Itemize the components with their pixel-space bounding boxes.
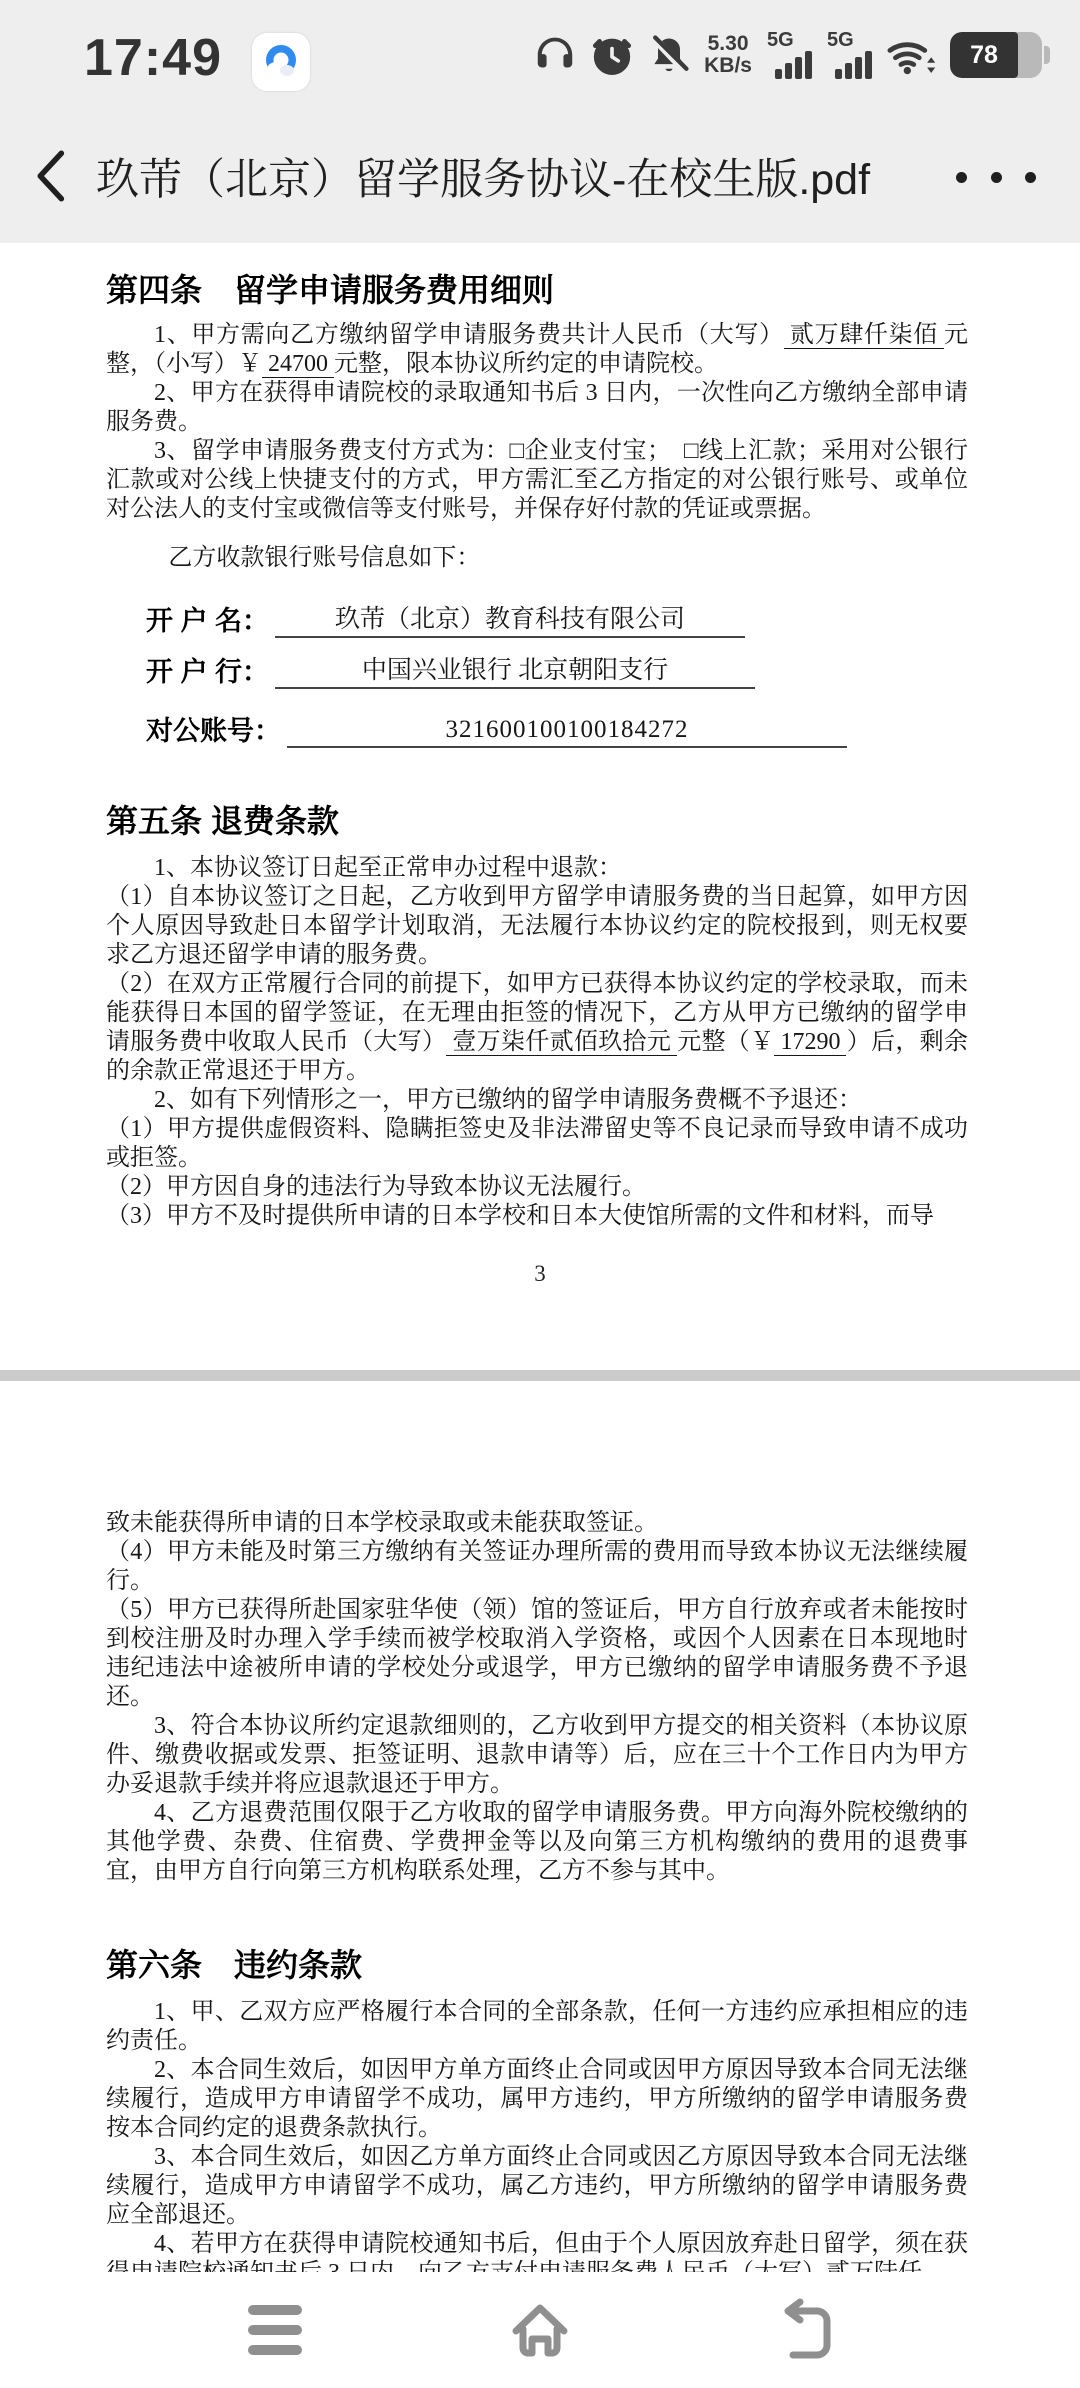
section4-heading: 第四条 留学申请服务费用细则 <box>106 269 968 311</box>
refund-clause-1: 1、本协议签订日起至正常申办过程中退款： <box>106 854 968 883</box>
refund-clause-2-5: （5）甲方已获得所赴国家驻华使（领）馆的签证后，甲方自行放弃或者未能按时到校注册… <box>106 1596 968 1712</box>
pdf-page-4[interactable]: 致未能获得所申请的日本学校录取或未能获取签证。 （4）甲方未能及时第三方缴纳有关… <box>0 1381 1080 2272</box>
phone-screen: 17:49 <box>0 0 1080 2388</box>
alarm-clock-icon <box>590 33 634 77</box>
refund-clause-2: 2、如有下列情形之一，甲方已缴纳的留学申请服务费概不予退还： <box>106 1086 968 1115</box>
breach-clause-4-partial: 4、若甲方在获得申请院校通知书后，但由于个人原因放弃赴日留学，须在获得申请院校通… <box>106 2230 968 2272</box>
browser-app-icon <box>252 33 310 91</box>
bank-info-block: 开 户 名： 玖芾（北京）教育科技有限公司 开 户 行： 中国兴业银行 北京朝阳… <box>146 603 968 748</box>
bank-account-number-label: 对公账号： <box>146 714 281 748</box>
back-button[interactable] <box>22 146 78 206</box>
sim1-signal-icon: 5G <box>765 31 812 79</box>
status-icons: 5.30 KB/s 5G 5G <box>533 0 1050 110</box>
dot-icon <box>1025 172 1036 183</box>
notifications-muted-icon <box>647 33 691 77</box>
clause-4-2: 2、甲方在获得申请院校的录取通知书后 3 日内，一次性向乙方缴纳全部申请服务费。 <box>106 379 968 437</box>
refund-amount-digits-underlined: 17290 <box>774 1029 846 1056</box>
clause-4-1: 1、甲方需向乙方缴纳留学申请服务费共计人民币（大写）贰万肆仟柒佰元整，（小写）￥… <box>106 321 968 379</box>
bank-account-name-value: 玖芾（北京）教育科技有限公司 <box>275 603 745 638</box>
more-menu-button[interactable] <box>956 160 1036 194</box>
breach-clause-2: 2、本合同生效后，如因甲方单方面终止合同或因甲方原因导致本合同无法继续履行，造成… <box>106 2056 968 2143</box>
sim2-signal-icon: 5G <box>825 31 872 79</box>
bank-branch-row: 开 户 行： 中国兴业银行 北京朝阳支行 <box>146 654 968 689</box>
home-button[interactable] <box>505 2295 575 2365</box>
bank-account-name-row: 开 户 名： 玖芾（北京）教育科技有限公司 <box>146 603 968 638</box>
sim2-network-type: 5G <box>827 31 854 49</box>
back-nav-button[interactable] <box>770 2295 840 2365</box>
qq-browser-logo-icon <box>258 39 304 85</box>
refund-amount-words-underlined: 壹万柒仟贰佰玖拾元 <box>446 1029 677 1056</box>
page-number: 3 <box>0 1261 1080 1287</box>
network-speed-value: 5.30 <box>704 33 752 55</box>
wifi-icon <box>885 33 937 77</box>
refund-clause-2-3: （3）甲方不及时提供所申请的日本学校和日本大使馆所需的文件和材料，而导 <box>106 1202 968 1231</box>
return-arrow-icon <box>773 2298 837 2362</box>
clock-time: 17:49 <box>84 28 222 88</box>
refund-clause-2-4: （4）甲方未能及时第三方缴纳有关签证办理所需的费用而导致本协议无法继续履行。 <box>106 1538 968 1596</box>
clause-4-3: 3、留学申请服务费支付方式为：□企业支付宝； □线上汇款；采用对公银行汇款或对公… <box>106 437 968 524</box>
navigation-bar <box>0 2272 1080 2388</box>
refund-clause-2-3-continued: 致未能获得所申请的日本学校录取或未能获取签证。 <box>106 1509 968 1538</box>
breach-clause-3: 3、本合同生效后，如因乙方单方面终止合同或因乙方原因导致本合同无法继续履行，造成… <box>106 2143 968 2230</box>
back-chevron-icon <box>33 150 67 202</box>
breach-clause-1: 1、甲、乙双方应严格履行本合同的全部条款，任何一方违约应承担相应的违约责任。 <box>106 1998 968 2056</box>
sim1-network-type: 5G <box>767 31 794 49</box>
battery-percent: 78 <box>970 41 998 70</box>
recents-menu-button[interactable] <box>240 2295 310 2365</box>
amount-words-underlined: 贰万肆仟柒佰 <box>784 322 944 349</box>
amount-digits-underlined: 24700 <box>262 351 334 378</box>
sim2-signal-bars-icon <box>835 51 872 79</box>
status-bar: 17:49 <box>0 0 1080 110</box>
section5-heading: 第五条 退费条款 <box>106 800 968 842</box>
refund-clause-2-2: （2）甲方因自身的违法行为导致本协议无法履行。 <box>106 1173 968 1202</box>
refund-clause-3: 3、符合本协议所约定退款细则的，乙方收到甲方提交的相关资料（本协议原件、缴费收据… <box>106 1712 968 1799</box>
dot-icon <box>991 172 1002 183</box>
battery-icon: 78 <box>950 32 1050 78</box>
document-title: 玖芾（北京）留学服务协议-在校生版.pdf <box>96 110 870 243</box>
network-speed: 5.30 KB/s <box>704 33 752 77</box>
home-icon <box>508 2298 572 2362</box>
pdf-page-3[interactable]: 第四条 留学申请服务费用细则 1、甲方需向乙方缴纳留学申请服务费共计人民币（大写… <box>0 243 1080 1370</box>
title-bar: 玖芾（北京）留学服务协议-在校生版.pdf <box>0 110 1080 243</box>
refund-clause-2-1: （1）甲方提供虚假资料、隐瞒拒签史及非法滞留史等不良记录而导致申请不成功或拒签。 <box>106 1115 968 1173</box>
bank-branch-label: 开 户 行： <box>146 655 269 689</box>
bank-branch-value: 中国兴业银行 北京朝阳支行 <box>275 654 755 689</box>
section6-heading: 第六条 违约条款 <box>106 1944 968 1986</box>
headphones-icon <box>533 33 577 77</box>
refund-clause-4: 4、乙方退费范围仅限于乙方收取的留学申请服务费。甲方向海外院校缴纳的其他学费、杂… <box>106 1799 968 1886</box>
bank-account-name-label: 开 户 名： <box>146 604 269 638</box>
bank-info-intro: 乙方收款银行账号信息如下： <box>106 544 968 573</box>
refund-clause-1-1: （1）自本协议签订之日起，乙方收到甲方留学申请服务费的当日起算，如甲方因个人原因… <box>106 883 968 970</box>
refund-clause-1-2: （2）在双方正常履行合同的前提下，如甲方已获得本协议约定的学校录取，而未能获得日… <box>106 970 968 1086</box>
menu-icon <box>248 2305 302 2355</box>
bank-account-number-row: 对公账号： 321600100100184272 <box>146 713 968 748</box>
network-speed-unit: KB/s <box>704 55 752 77</box>
dot-icon <box>956 172 967 183</box>
page-divider <box>0 1370 1080 1381</box>
bank-account-number-value: 321600100100184272 <box>287 713 847 748</box>
sim1-signal-bars-icon <box>775 51 812 79</box>
